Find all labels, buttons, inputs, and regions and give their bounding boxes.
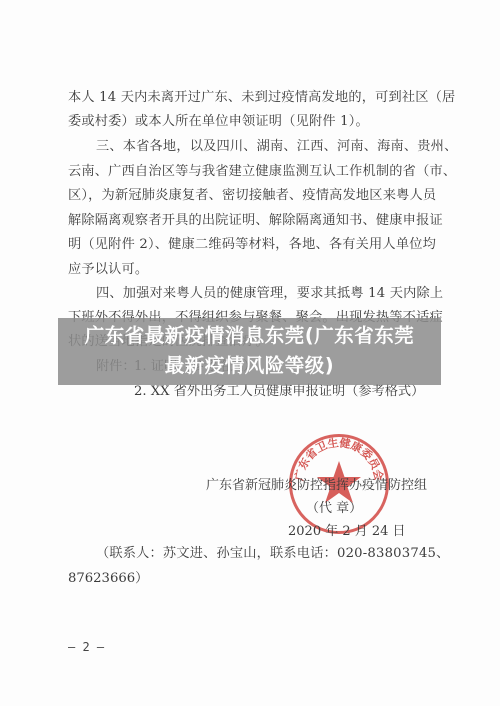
banner-title-line-1: 广东省最新疫情消息东莞(广东省东莞 [58,321,441,351]
body-line-8: 应予以认可。 [68,261,436,279]
body-line-2: 委或村委）或本人所在单位申领证明（见附件 1）。 [68,113,436,131]
body-line-5: 区），为新冠肺炎康复者、密切接触者、疫情高发地区来粤人员 [68,187,436,205]
banner-title-line-2: 最新疫情风险等级) [58,351,441,381]
issuing-organization: 广东省新冠肺炎防控指挥办疫情防控组 [206,477,427,495]
body-line-9: 四、加强对来粤人员的健康管理，要求其抵粤 14 天内除上 [96,285,436,303]
issue-date: 2020 年 2 月 24 日 [288,523,406,541]
body-line-4: 云南、广西自治区等与我省建立健康监测互认工作机制的省（市、 [68,163,436,181]
body-line-6: 解除隔离观察者开具的出院证明、解除隔离通知书、健康申报证 [68,212,436,230]
body-line-7: 明（见附件 2）、健康二维码等材料，各地、各有关用人单位均 [68,236,436,254]
attachment-item-2: 2. XX 省外出务工人员健康申报证明（参考格式） [134,383,424,401]
seal-note: （代 章） [306,500,362,518]
contact-line-1: （联系人：苏文进、孙宝山，联系电话：020-83803745、 [96,545,436,563]
title-banner: 广东省最新疫情消息东莞(广东省东莞 最新疫情风险等级) [58,318,441,385]
body-line-3: 三、本省各地，以及四川、湖南、江西、河南、海南、贵州、 [96,138,436,156]
body-line-1: 本人 14 天内未离开过广东、未到过疫情高发地的，可到社区（居 [68,89,436,107]
banner-title: 广东省最新疫情消息东莞(广东省东莞 最新疫情风险等级) [58,321,441,381]
contact-line-2: 87623666） [68,570,148,588]
page-number: – 2 – [68,640,104,654]
